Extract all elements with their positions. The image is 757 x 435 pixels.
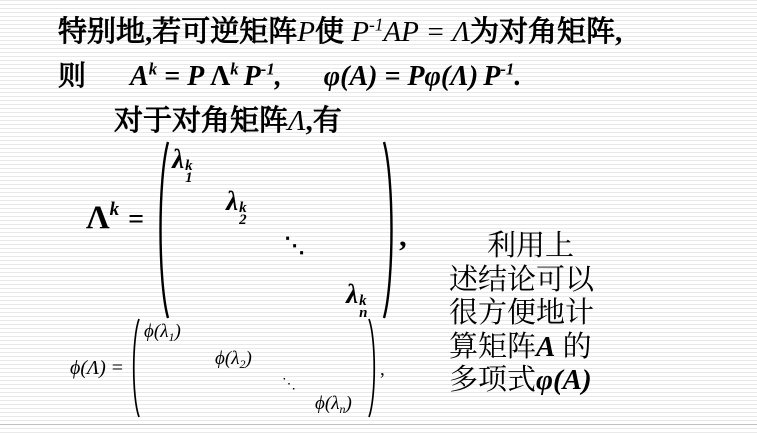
line3-Lambda: Λ [288, 105, 306, 137]
formula-AP-eq-Lambda: AP = Λ [383, 16, 470, 48]
phi-open: ϕ(λ [144, 321, 168, 342]
bottom-divider [0, 424, 757, 425]
matrix1-body: λk1 λk2 ⋱ λkn [170, 140, 382, 320]
A-exponent: k [149, 60, 157, 79]
P-exponent-2: -1 [500, 60, 514, 79]
scripts: k1 [185, 160, 193, 184]
phi-open: ϕ(λ [215, 348, 239, 369]
lambda-power-label: Λk= [86, 200, 150, 237]
matrix1-entry-1: λk1 [172, 146, 192, 184]
matrix2-body: ϕ(λ1) ϕ(λ2) ⋱ ϕ(λn) [141, 318, 367, 418]
matrix1-entry-2: λk2 [226, 188, 246, 226]
equals-sign-2: = [384, 61, 400, 92]
P-symbol-1: P [187, 61, 204, 92]
intro-text-2: 使 [315, 16, 351, 48]
diagonal-matrix-sentence: 对于对角矩阵Λ,有 [114, 98, 342, 139]
sub-1: 1 [185, 172, 193, 184]
close-paren: ) [345, 393, 351, 414]
Lambda-symbol: Λ [210, 61, 230, 92]
formula-P: P [351, 16, 369, 48]
intro-text-1: 特别地,若可逆矩阵 [58, 16, 297, 48]
side-note: 利用上 述结论可以 很方便地计 算矩阵A 的 多项式φ(A) [449, 230, 594, 398]
diagonal-dots: ⋱ [284, 233, 307, 258]
phi-lambda-matrix: ϕ(Λ)= ϕ(λ1) ϕ(λ2) ⋱ ϕ(λn) , [70, 318, 385, 418]
note-line-4: 算矩阵A 的 [449, 331, 594, 365]
intro-text-3: 为对角矩阵, [470, 16, 622, 48]
phi-A: φ(A) [324, 61, 378, 92]
scripts: kn [359, 295, 367, 319]
equals-sign-1: = [164, 61, 180, 92]
matrix2-equals: = [112, 357, 123, 379]
comma-1: , [275, 61, 282, 92]
note-line-2: 述结论可以 [449, 264, 594, 298]
right-parenthesis-icon [367, 318, 379, 418]
close-paren: ) [174, 321, 180, 342]
phi-open: ϕ(λ [315, 393, 339, 414]
P-phi-Lambda: Pφ(Λ) [407, 61, 478, 92]
note-line-1: 利用上 [449, 230, 594, 264]
matrix1-Lambda: Λ [86, 200, 110, 237]
diagonal-dots: ⋱ [282, 376, 296, 393]
matrix2-entry-1: ϕ(λ1) [144, 322, 181, 341]
slide: 特别地,若可逆矩阵P使 P-1AP = Λ为对角矩阵, 则Ak=PΛkP-1,φ… [0, 0, 757, 435]
phi-lambda-label: ϕ(Λ)= [70, 357, 123, 380]
sub-2: 2 [239, 214, 247, 226]
matrix1-equals: = [128, 204, 144, 236]
right-parenthesis-icon [382, 140, 398, 320]
left-parenthesis-icon [129, 318, 141, 418]
then-label: 则 [58, 61, 86, 92]
lambda-glyph: λ [172, 144, 184, 174]
P-symbol-3: P [483, 61, 500, 92]
line3-text-1: 对于对角矩阵 [114, 105, 288, 137]
note-line4-text: 算矩阵 [449, 331, 536, 363]
lambda-glyph: λ [226, 186, 238, 216]
left-parenthesis-icon [154, 140, 170, 320]
note-phi-A: φ(A) [536, 364, 592, 396]
matrix2-entry-n: ϕ(λn) [315, 394, 352, 413]
note-line-5: 多项式φ(A) [449, 364, 594, 398]
note-line5-text: 多项式 [449, 364, 536, 396]
note-line4-suffix: 的 [555, 331, 591, 363]
formula-P-exponent: -1 [369, 14, 384, 34]
var-P: P [297, 16, 315, 48]
A-symbol: A [130, 61, 149, 92]
note-line-3: 很方便地计 [449, 297, 594, 331]
P-exponent-1: -1 [261, 60, 275, 79]
matrix1-comma: , [399, 220, 407, 254]
close-paren: ) [245, 348, 251, 369]
matrix1-entry-n: λkn [346, 281, 367, 319]
lambda-glyph: λ [346, 279, 358, 309]
Lambda-exponent: k [230, 60, 238, 79]
line3-text-2: ,有 [306, 105, 342, 137]
result-formulas: 则Ak=PΛkP-1,φ(A)=Pφ(Λ)P-1. [58, 54, 521, 94]
lambda-power-matrix: Λk= λk1 λk2 ⋱ λkn , [86, 140, 407, 320]
P-symbol-2: P [244, 61, 261, 92]
intro-sentence: 特别地,若可逆矩阵P使 P-1AP = Λ为对角矩阵, [58, 9, 622, 50]
matrix2-phi-Lambda: ϕ(Λ) [70, 357, 106, 379]
matrix2-comma: , [380, 359, 385, 381]
period: . [514, 61, 521, 92]
scripts: k2 [239, 202, 247, 226]
matrix2-entry-2: ϕ(λ2) [215, 349, 252, 368]
note-A-symbol: A [536, 331, 555, 363]
